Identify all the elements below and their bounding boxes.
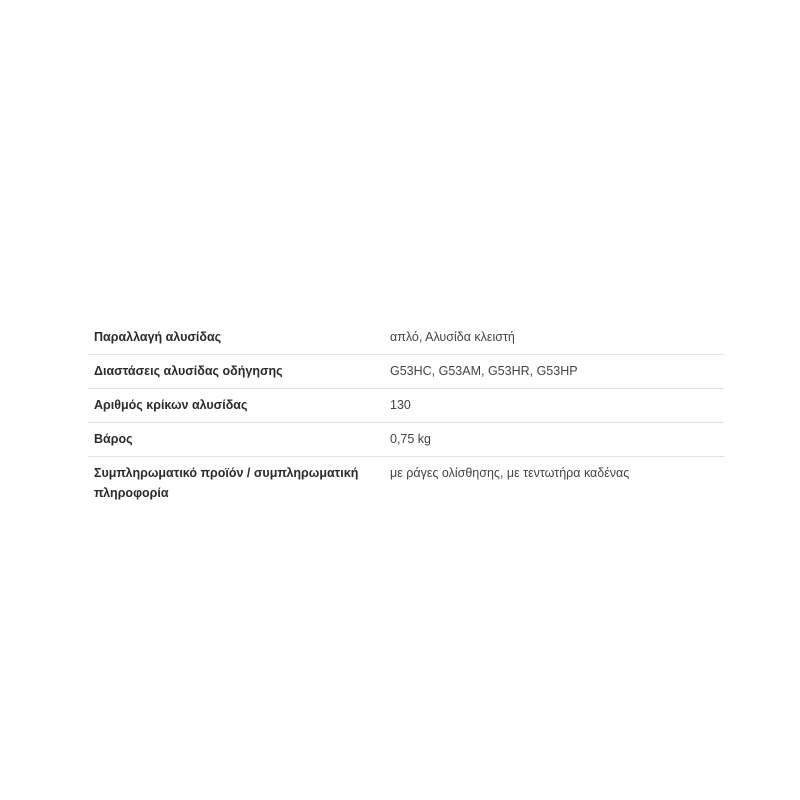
table-row: Αριθμός κρίκων αλυσίδας 130 [88,389,724,423]
specifications-table: Παραλλαγή αλυσίδας απλό, Αλυσίδα κλειστή… [88,321,724,510]
spec-value: 130 [384,389,724,423]
spec-value: απλό, Αλυσίδα κλειστή [384,321,724,355]
table-row: Διαστάσεις αλυσίδας οδήγησης G53HC, G53A… [88,355,724,389]
spec-value: με ράγες ολίσθησης, με τεντωτήρα καδένας [384,457,724,511]
spec-label: Παραλλαγή αλυσίδας [88,321,384,355]
spec-label: Βάρος [88,423,384,457]
spec-label: Αριθμός κρίκων αλυσίδας [88,389,384,423]
table-row: Βάρος 0,75 kg [88,423,724,457]
spec-value: G53HC, G53AM, G53HR, G53HP [384,355,724,389]
table-row: Παραλλαγή αλυσίδας απλό, Αλυσίδα κλειστή [88,321,724,355]
spec-label: Συμπληρωματικό προϊόν / συμπληρωματική π… [88,457,384,511]
table-row: Συμπληρωματικό προϊόν / συμπληρωματική π… [88,457,724,511]
spec-label: Διαστάσεις αλυσίδας οδήγησης [88,355,384,389]
spec-value: 0,75 kg [384,423,724,457]
